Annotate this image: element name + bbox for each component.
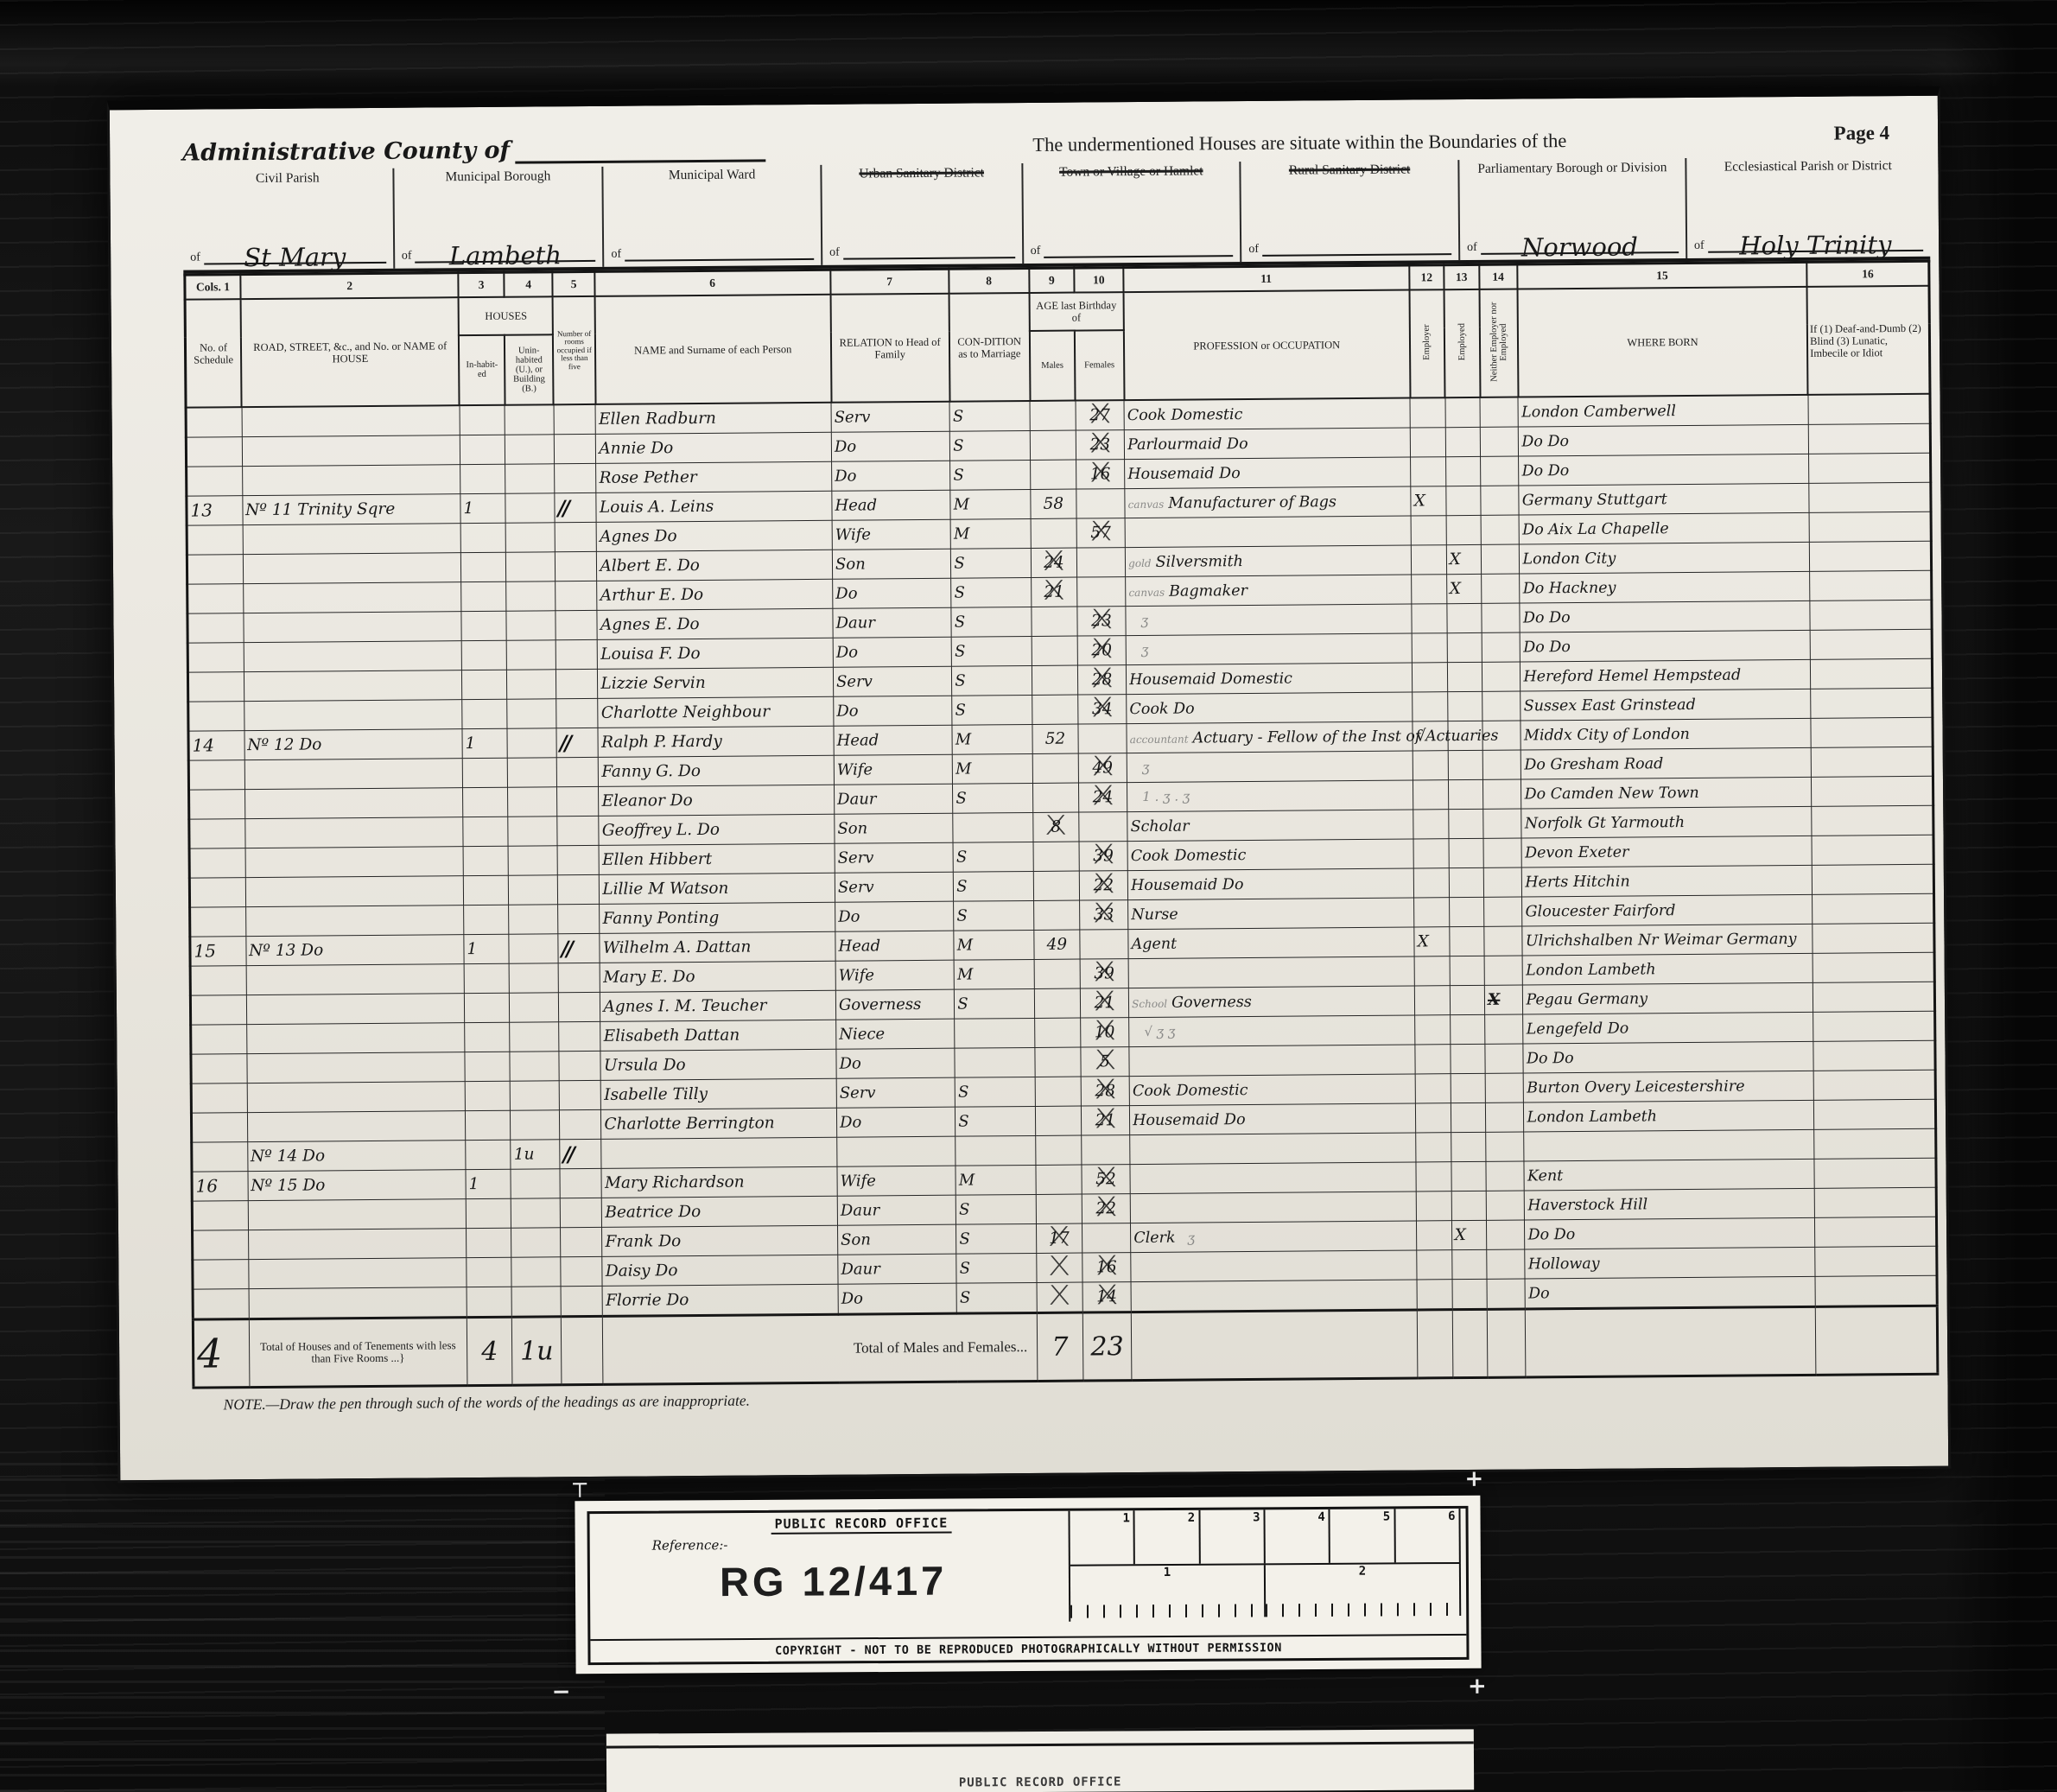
cell-infirmities [1815,1275,1938,1306]
hw-total-uninhabited: 1u [520,1336,554,1366]
hw-condition: S [955,613,966,631]
hw-empd: X [1455,1226,1466,1244]
cell-rooms [557,816,600,845]
cell-road [247,1111,466,1142]
cell-born: Kent [1524,1159,1813,1191]
hw-name: Lizzie Servin [600,673,705,692]
cell-relation: Governess [835,989,955,1020]
box-label: Rural Sanitary District [1248,162,1451,178]
hw-age-female: 49 [1092,759,1113,777]
hw-relation: Wife [839,966,874,984]
pro-office-title: PUBLIC RECORD OFFICE [590,1514,1133,1533]
cell-name: Florrie Do [602,1284,838,1316]
cell-uninhabited [511,1110,560,1140]
hw-road: Nº 15 Do [251,1176,325,1195]
cell-name: Agnes I. M. Teucher [600,990,836,1021]
cell-infirmities [1812,835,1934,865]
cell-relation: Do [832,461,951,491]
cell-employed [1451,1073,1486,1103]
cell-age-female: 16X [1076,460,1125,489]
colnum-2: 2 [240,273,459,299]
cell-neither [1486,1132,1525,1161]
cell-born: Haverstock Hill [1525,1188,1814,1220]
cell-inhabited [460,523,506,552]
cell-condition: S [949,401,1030,431]
hw-condition: M [957,936,974,954]
cell-inhabited [461,581,507,611]
hw-road: Nº 13 Do [249,941,323,960]
hw-condition: S [957,994,968,1013]
cell-inhabited [467,1287,512,1317]
cell-infirmities [1811,776,1933,806]
header-employed: Employed [1444,289,1480,397]
hw-condition: S [955,671,966,689]
hw-relation: Niece [839,1025,885,1043]
hw-age-female: 39 [1094,964,1114,982]
cell-name: Louis A. Leins [596,491,832,522]
cell-uninhabited [508,846,557,875]
of-word: of [402,250,412,264]
cell-name: Daisy Do [602,1255,838,1286]
crop-mark-bottom-right: + [1468,1674,1487,1700]
cell-rooms [555,463,597,492]
hw-name: Elisabeth Dattan [604,1026,740,1045]
cell-rooms [559,1109,601,1139]
cell-relation: Do [836,1107,955,1137]
cell-infirmities [1812,893,1934,924]
cell-age-female: 20X [1077,636,1127,665]
cell-born: Middx City of London [1521,718,1810,750]
cell-age-male [1030,430,1076,460]
cell-road [242,405,460,436]
cell-born: Do Do [1519,424,1808,456]
box-municipal-ward: Municipal Ward of [602,165,822,267]
hw-name: Fanny Ponting [603,908,720,927]
cell-road [244,612,462,643]
cell-infirmities [1813,1070,1936,1100]
hw-condition: S [955,789,967,807]
cell-condition: S [950,460,1031,490]
hw-name: Beatrice Do [605,1202,701,1221]
cell-employer [1417,1280,1452,1310]
cell-infirmities [1809,541,1932,571]
cell-employer [1411,457,1446,486]
hw-occupation: Housemaid Do [1127,465,1241,483]
cell-age-female [1078,812,1127,842]
box-civil-parish: Civil Parish ofSt Mary [182,168,393,270]
cell-infirmities [1808,453,1931,483]
cell-age-female: 23X [1076,430,1125,460]
cell-condition: S [953,783,1033,813]
cell-occupation [1131,1280,1417,1312]
hw-age-female: 52 [1095,1170,1116,1188]
hw-age-female: 22 [1095,1199,1116,1217]
hw-total-males: 7 [1051,1331,1068,1362]
cell-employed [1450,1014,1485,1044]
cell-age-male [1032,607,1077,636]
cell-born: Do [1525,1276,1814,1309]
cell-uninhabited [505,404,554,435]
copyright-line: COPYRIGHT - NOT TO BE REPRODUCED PHOTOGR… [590,1634,1466,1662]
cell-employer [1416,1162,1451,1191]
cell-born: Do Do [1519,454,1808,486]
cell-occupation [1131,1250,1417,1282]
hw-born: Do Camden New Town [1524,784,1698,803]
tally-cross-male: X [1032,1250,1088,1282]
cell-road [245,847,464,878]
cell-age-male [1033,842,1079,871]
cell-inhabited [465,1081,511,1110]
hw-born: Herts Hitchin [1525,873,1630,891]
hw-name: Agnes Do [600,527,677,546]
cell-employed [1449,838,1484,867]
cell-condition: S [955,1077,1035,1107]
cell-road [244,641,462,672]
cell-employer [1412,545,1447,575]
cell-rooms [558,963,600,992]
hw-schedule: 13 [190,499,213,520]
hw-relation: Serv [840,1083,876,1102]
cell-occupation: accountantActuary - Fellow of the Inst o… [1127,721,1413,753]
cell-employer [1414,956,1450,986]
hw-occupation: Cook Do [1129,700,1194,718]
cell-age-male [1034,900,1080,930]
cell-total-neither [1487,1309,1526,1377]
cell-rooms: // [558,933,600,963]
hw-born: Do Do [1523,609,1571,626]
cell-road [243,553,461,584]
cell-employer [1412,575,1447,604]
hw-relation: Do [841,1289,863,1307]
hw-age-female: 23 [1091,612,1112,630]
cell-occupation: Nurse [1128,898,1414,930]
pro-reference-strip: PUBLIC RECORD OFFICE Reference:- RG 12/4… [575,1496,1481,1674]
hw-name: Lillie M Watson [602,879,728,898]
hw-name: Arthur E. Do [600,585,704,604]
hw-emp: √ [1416,727,1426,745]
cell-name: Charlotte Neighbour [598,696,834,728]
cell-relation: Do [834,696,953,726]
cell-employed [1445,427,1481,456]
cell-rooms [557,874,600,904]
cell-condition: S [954,871,1034,901]
cell-condition: S [956,1194,1037,1224]
cell-employer [1413,780,1449,810]
cell-neither [1480,397,1519,428]
cell-infirmities [1809,512,1932,542]
hw-born: Hereford Hemel Hempstead [1523,666,1741,685]
pencil-scribble: 1 . ʒ . ʒ [1142,789,1190,804]
header-employed-label: Employed [1457,323,1467,360]
cell-infirmities [1814,1187,1937,1217]
hw-born: Do Gresham Road [1524,755,1663,773]
cell-age-male [1036,1106,1082,1135]
cell-born: Do Do [1520,601,1809,632]
cell-total-rooms [561,1316,603,1384]
cell-condition: M [953,753,1033,784]
hw-condition: M [957,965,974,983]
cell-age-male [1036,1194,1082,1223]
hw-condition: S [956,906,968,925]
hw-age-male: 8 [1051,817,1061,836]
cell-inhabited [462,699,508,728]
cell-occupation: Housemaid Do [1127,868,1413,900]
cell-condition: S [951,548,1032,578]
cell-employer [1414,868,1450,898]
cell-uninhabited [506,552,556,581]
cell-infirmities [1809,600,1932,630]
cell-neither [1483,838,1522,867]
cell-inhabited [466,1198,511,1228]
cell-occupation: ʒ [1126,633,1412,665]
cell-uninhabited [508,817,557,846]
hw-occupation: Scholar [1130,817,1189,836]
header-infirmities: If (1) Deaf-and-Dumb (2) Blind (3) Lunat… [1807,286,1930,395]
cell-neither [1484,926,1523,956]
cell-occupation: Housemaid Domestic [1127,663,1413,695]
parliamentary-borough-value: Norwood [1521,238,1638,256]
boundary-text: The undermentioned Houses are situate wi… [765,128,1834,162]
cell-relation: Daur [834,784,953,814]
reference-label: Reference:- [652,1537,728,1554]
cell-uninhabited [506,523,556,552]
cell-born: London Lambeth [1523,953,1813,985]
hw-relation: Wife [841,1172,876,1190]
cell-name: Arthur E. Do [597,579,833,610]
cell-road [248,1199,467,1230]
hw-born: Do Do [1527,1226,1575,1243]
hw-empd: X [1450,580,1461,598]
cell-condition: S [952,665,1032,696]
cell-condition: S [951,577,1032,607]
household-mark: // [562,1141,573,1166]
hw-age-female: 27 [1089,406,1110,424]
cell-condition: S [955,988,1035,1019]
total-males-females-label: Total of Males and Females... [606,1338,1034,1359]
cell-infirmities [1808,482,1931,512]
hw-condition: M [955,759,972,778]
cell-uninhabited [508,787,557,817]
cell-rooms [559,1051,601,1080]
box-label: Urban Sanitary District [829,165,1014,181]
hw-age-female: 21 [1095,1111,1116,1129]
cell-uninhabited [510,1022,559,1052]
cell-age-female: 5X [1081,1047,1130,1077]
cell-condition [955,1047,1035,1077]
cell-neither [1482,750,1521,779]
hw-relation: Serv [835,408,871,426]
hw-condition: S [953,466,964,484]
hw-age-female: 22 [1093,876,1114,894]
box-label: Municipal Borough [401,168,595,185]
box-label: Ecclesiastical Parish or District [1693,158,1922,175]
hw-relation: Wife [837,760,873,778]
hw-neither-mark: X [1488,990,1501,1008]
census-table-body: Ellen RadburnServS27XCook DomesticLondon… [186,394,1937,1319]
header-name: NAME and Surname of each Person [594,295,831,404]
scan-top-shadow [0,0,2057,86]
cell-relation: Wife [832,519,951,550]
cell-born [1524,1129,1813,1161]
hw-age-male: 24 [1044,553,1064,571]
cell-relation [837,1136,956,1166]
pencil-note: canvas [1128,498,1165,510]
hw-condition: M [954,524,970,543]
cell-inhabited [462,787,508,817]
hw-relation: Do [838,907,860,925]
cell-name: Charlotte Berrington [601,1108,837,1139]
cell-rooms [559,1080,601,1109]
cell-employed [1445,486,1481,515]
cell-relation: Do [836,1048,955,1078]
header-employer: Employer [1409,289,1444,397]
hw-relation: Head [838,937,880,955]
municipal-borough-value: Lambeth [449,246,562,264]
cell-name: Louisa F. Do [598,638,834,669]
cell-infirmities [1814,1246,1937,1276]
cell-name: Ralph P. Hardy [598,726,834,757]
cell-relation: Serv [835,872,954,902]
cell-name: Beatrice Do [602,1196,838,1227]
cell-employer [1413,692,1448,721]
cell-condition: M [950,489,1031,519]
cell-schedule [187,613,244,644]
cell-employer [1416,1103,1451,1133]
cell-name: Agnes E. Do [597,608,833,639]
hw-age-female: 34 [1092,700,1113,718]
hw-name: Wilhelm A. Dattan [603,937,752,956]
cell-born: Norfolk Gt Yarmouth [1521,806,1811,838]
cell-condition: S [956,1223,1037,1254]
cell-inhabited [461,670,507,699]
hw-inhabited: 1 [467,940,477,958]
colnum-5: 5 [553,271,595,296]
cell-schedule [190,995,246,1026]
hw-relation: Son [835,555,866,573]
hw-name: Louis A. Leins [600,497,714,516]
scan-right-shadow [1945,0,2057,1792]
cell-infirmities [1812,864,1934,894]
cell-born: Do Gresham Road [1521,747,1811,779]
cell-road: Nº 15 Do [248,1170,467,1201]
cell-employer [1413,810,1449,839]
cell-occupation [1130,1133,1416,1165]
hw-name: Ellen Radburn [599,409,716,428]
hw-age-female: 16 [1096,1258,1117,1276]
hw-condition: S [955,642,966,660]
cell-age-female: 49X [1078,753,1127,783]
hw-age-male: 52 [1045,729,1066,747]
cell-relation: Daur [838,1254,957,1284]
cell-infirmities [1810,688,1933,718]
hw-age-female: 24 [1093,788,1114,806]
header-rooms: Number of rooms occupied if less than fi… [553,296,595,404]
cell-rooms [554,434,596,463]
cell-name: Mary E. Do [600,961,836,992]
cell-condition: S [954,900,1034,931]
hw-inhabited: 1 [465,734,475,753]
hw-relation: Daur [841,1201,880,1219]
cell-schedule [193,1230,249,1261]
cell-relation: Niece [836,1019,955,1049]
cell-born: Herts Hitchin [1522,865,1812,897]
hw-name: Frank Do [605,1232,681,1251]
cell-born: London Lambeth [1524,1100,1813,1132]
cell-schedule [188,760,244,791]
header-age: AGE last Birthday of [1029,292,1123,331]
header-schedule: No. of Schedule [185,299,242,408]
cell-age-female: 57X [1076,518,1126,548]
cell-road [247,1082,466,1113]
cell-relation: Head [832,490,951,520]
cell-born: Lengefeld Do [1523,1012,1813,1044]
cell-infirmities [1808,423,1931,454]
hw-born: Devon Exeter [1525,843,1629,861]
cell-employed [1451,1044,1486,1073]
cell-inhabited [466,1228,511,1257]
cell-age-male: X [1037,1253,1082,1282]
colnum-4: 4 [504,272,553,297]
cell-age-female: 22X [1082,1194,1131,1223]
cell-employed [1451,1249,1487,1279]
cell-infirmities [1811,805,1933,836]
cell-neither [1485,1044,1524,1073]
cell-condition: S [951,636,1032,666]
cell-born: Sussex East Grinstead [1521,689,1810,721]
colnum-15: 15 [1517,262,1806,289]
colnum-13: 13 [1444,264,1479,289]
box-urban-sanitary-district: Urban Sanitary District of [820,163,1021,265]
hw-relation: Do [836,643,858,661]
hw-relation: Head [835,496,877,514]
cell-infirmities [1808,394,1931,425]
ruler-mark-5: 5 [1330,1509,1396,1562]
cell-name: Ursula Do [600,1049,836,1080]
cell-age-female [1076,489,1125,518]
hw-road: Nº 14 Do [251,1147,325,1166]
cell-relation: Head [835,931,955,961]
cell-occupation [1129,1045,1415,1077]
cell-inhabited [460,405,505,435]
cell-relation: Do [831,431,950,461]
cell-age-male [1032,665,1078,695]
cell-employer [1413,663,1448,692]
hw-condition: S [958,1083,969,1101]
cell-road [246,994,465,1025]
cell-uninhabited [510,1052,559,1081]
cell-employer [1415,986,1451,1015]
colnum-12: 12 [1409,265,1444,290]
ruler-inch-1: 1 [1070,1565,1266,1617]
hw-relation: Son [837,819,867,837]
cell-total-employer [1418,1310,1453,1378]
cell-employed: X [1451,1220,1487,1249]
cell-employed [1451,1191,1487,1220]
cell-neither [1485,1103,1524,1132]
hw-condition: M [959,1171,975,1189]
ruler-inch-2: 2 [1266,1564,1461,1617]
hw-emp: X [1418,932,1429,950]
cell-road [242,435,460,467]
cell-total-inhabited: 4 [467,1317,512,1385]
hw-condition: S [959,1230,970,1248]
hw-born: London City [1522,550,1616,568]
cell-uninhabited [509,934,558,963]
cell-uninhabited [508,758,557,787]
hw-road: Nº 11 Trinity Sqre [245,499,395,518]
hw-condition: S [954,583,965,601]
cell-employed [1448,750,1483,779]
